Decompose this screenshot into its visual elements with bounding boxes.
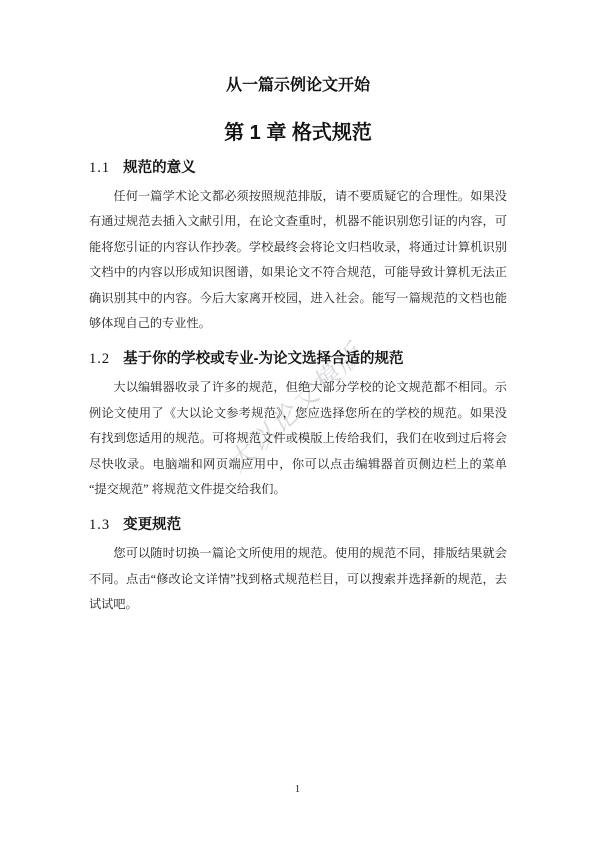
section-1-1-number: 1.1 xyxy=(89,160,110,176)
section-1-1-heading: 1.1 规范的意义 xyxy=(89,158,507,179)
section-1-3-number: 1.3 xyxy=(89,517,110,533)
section-1-3-title: 变更规范 xyxy=(123,517,181,533)
chapter-heading: 第 1 章 格式规范 xyxy=(89,121,507,145)
section-1-2-title: 基于你的学校或专业-为论文选择合适的规范 xyxy=(123,351,403,367)
document-page: 大以论文模版 从一篇示例论文开始 第 1 章 格式规范 1.1 规范的意义 任何… xyxy=(0,0,595,842)
section-1-2-number: 1.2 xyxy=(89,351,110,367)
document-title: 从一篇示例论文开始 xyxy=(89,76,507,96)
section-1-2-heading: 1.2 基于你的学校或专业-为论文选择合适的规范 xyxy=(89,349,507,370)
section-1-3-paragraph: 您可以随时切换一篇论文所使用的规范。使用的规范不同，排版结果就会不同。点击“修改… xyxy=(89,541,507,617)
section-1-1-title: 规范的意义 xyxy=(123,160,196,176)
section-1-1: 1.1 规范的意义 任何一篇学术论文都必须按照规范排版，请不要质疑它的合理性。如… xyxy=(89,158,507,336)
page-content: 从一篇示例论文开始 第 1 章 格式规范 1.1 规范的意义 任何一篇学术论文都… xyxy=(89,76,507,624)
page-number: 1 xyxy=(0,784,595,796)
section-1-3: 1.3 变更规范 您可以随时切换一篇论文所使用的规范。使用的规范不同，排版结果就… xyxy=(89,515,507,617)
section-1-2: 1.2 基于你的学校或专业-为论文选择合适的规范 大以编辑器收录了许多的规范，但… xyxy=(89,349,507,502)
section-1-3-heading: 1.3 变更规范 xyxy=(89,515,507,536)
section-1-2-paragraph: 大以编辑器收录了许多的规范，但绝大部分学校的论文规范都不相同。示例论文使用了《大… xyxy=(89,375,507,502)
section-1-1-paragraph: 任何一篇学术论文都必须按照规范排版，请不要质疑它的合理性。如果没有通过规范去插入… xyxy=(89,184,507,336)
